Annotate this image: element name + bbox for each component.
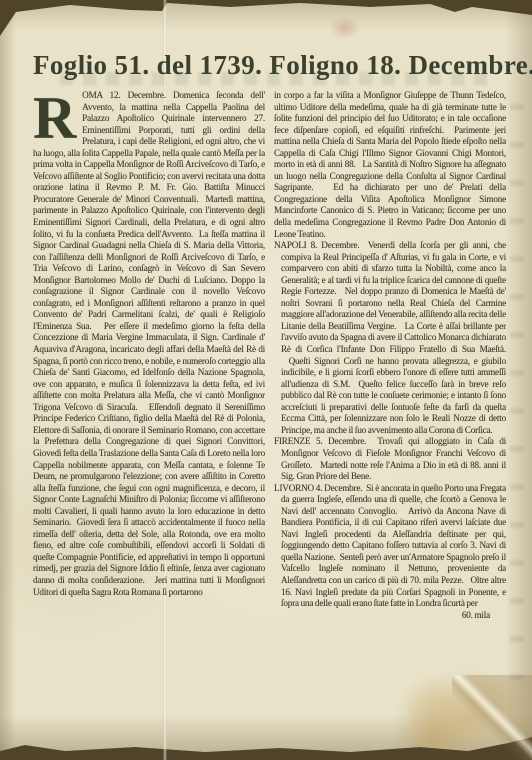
firenze-paragraph: FIRENZE 5. Decembre. Trovaſi qui alloggi… <box>281 436 506 482</box>
dropcap-initial-R: R <box>33 90 82 146</box>
catchword: 60. mila <box>274 610 506 622</box>
gazette-page: Foglio 51. del 1739. Foligno 18. Decembr… <box>0 0 532 760</box>
left-column: ROMA 12. Decembre. Domenica ſeconda dell… <box>33 90 265 716</box>
right-column: in corpo a far la viſita a Monſignor Giu… <box>274 90 506 716</box>
roma-paragraph: ROMA 12. Decembre. Domenica ſeconda dell… <box>33 90 265 598</box>
roma-continuation-paragraph: in corpo a far la viſita a Monſignor Giu… <box>274 90 506 240</box>
livorno-paragraph: LIVORNO 4. Decembre. Si è ancorata in qu… <box>281 483 506 610</box>
napoli-paragraph: NAPOLI 8. Decembre. Venerdì della ſcorſa… <box>281 240 506 436</box>
text-columns: ROMA 12. Decembre. Domenica ſeconda dell… <box>33 90 506 716</box>
masthead-title: Foglio 51. del 1739. Foligno 18. Decembr… <box>33 50 506 81</box>
roma-paragraph-text: OMA 12. Decembre. Domenica ſeconda dell'… <box>33 90 265 597</box>
page-content: Foglio 51. del 1739. Foligno 18. Decembr… <box>33 50 506 716</box>
